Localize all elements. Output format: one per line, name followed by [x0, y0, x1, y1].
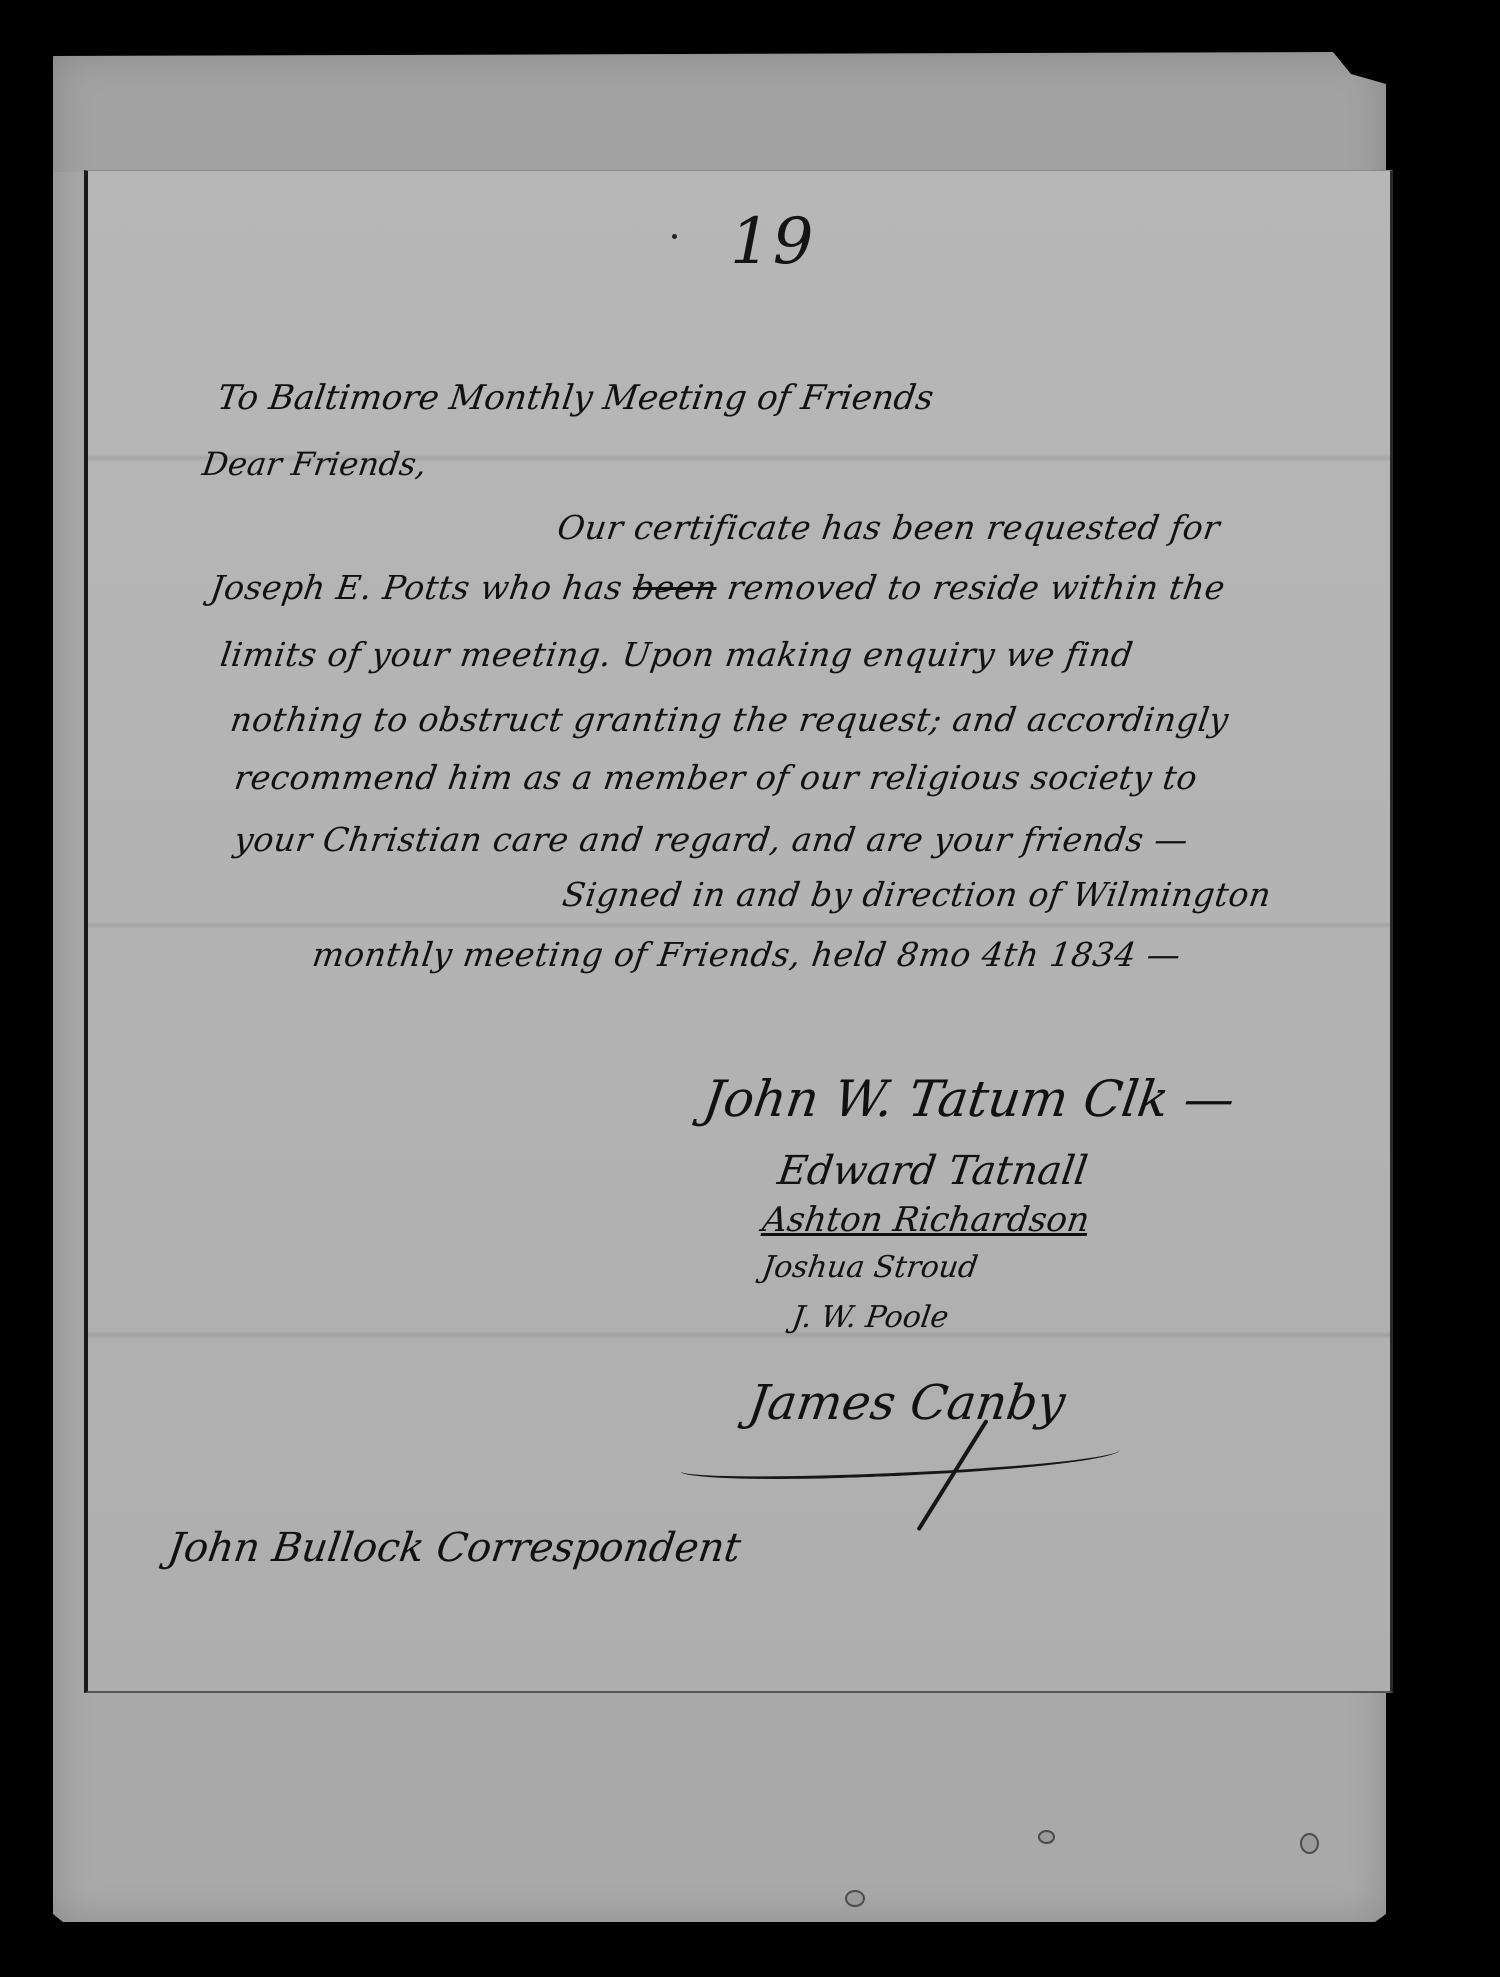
body-line: Signed in and by direction of Wilmington	[560, 875, 1274, 914]
stain-mark	[1038, 1830, 1055, 1844]
correspondent-endorsement: John Bullock Correspondent	[165, 1525, 744, 1571]
body-line: Our certificate has been requested for	[555, 508, 1223, 547]
signature: J. W. Poole	[790, 1300, 951, 1335]
body-line: Joseph E. Potts who has been removed to …	[208, 568, 1228, 607]
ink-dot	[672, 234, 677, 239]
page-number: 19	[730, 205, 815, 279]
addressee: To Baltimore Monthly Meeting of Friends	[215, 378, 936, 418]
body-line-continuation: removed to reside within the	[725, 568, 1228, 607]
fold-strip-top	[53, 52, 1386, 172]
signature: Edward Tatnall	[775, 1148, 1090, 1194]
fold-line-2	[88, 921, 1390, 929]
body-line: recommend him as a member of our religio…	[232, 758, 1200, 797]
date-line: monthly meeting of Friends, held 8mo 4th…	[310, 935, 1183, 974]
body-line: limits of your meeting. Upon making enqu…	[218, 635, 1136, 674]
body-line: your Christian care and regard, and are …	[232, 820, 1191, 859]
stain-mark	[845, 1890, 865, 1907]
signature: Joshua Stroud	[760, 1250, 980, 1285]
salutation: Dear Friends,	[200, 445, 429, 483]
struck-word: been	[630, 568, 719, 607]
signature-clerk: John W. Tatum Clk —	[700, 1070, 1238, 1128]
stain-mark	[1300, 1833, 1319, 1854]
body-line-start: Joseph E. Potts who has	[208, 568, 625, 607]
fold-line-3	[88, 1331, 1390, 1339]
signature: Ashton Richardson	[760, 1200, 1092, 1240]
document-scan: 19 To Baltimore Monthly Meeting of Frien…	[0, 0, 1500, 1977]
body-line: nothing to obstruct granting the request…	[228, 700, 1231, 739]
signature: James Canby	[745, 1375, 1069, 1431]
